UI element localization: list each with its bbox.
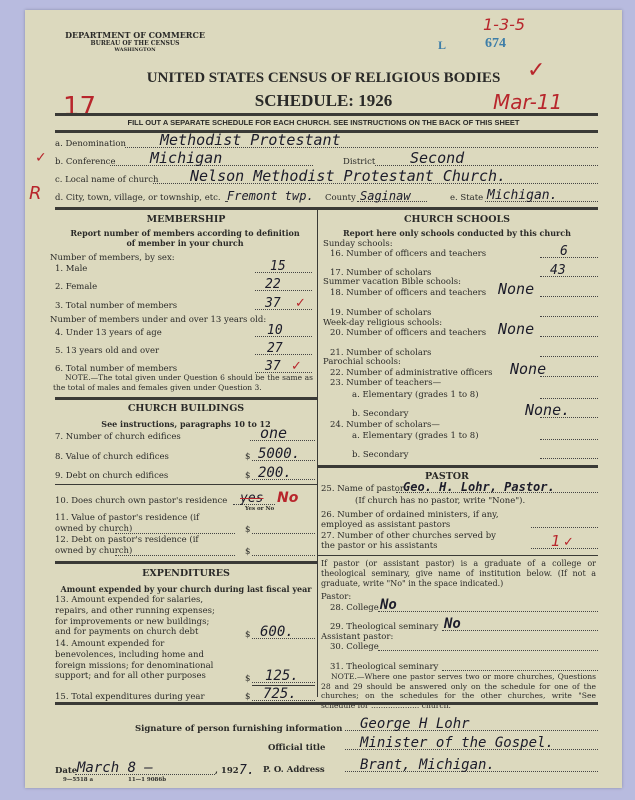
department-label: DEPARTMENT OF COMMERCE (60, 30, 210, 40)
instruction-line: FILL OUT A SEPARATE SCHEDULE FOR EACH CH… (25, 118, 622, 127)
q12-debt-residence[interactable]: $ (55, 545, 315, 557)
conference-value: Michigan (150, 149, 222, 167)
membership-title: MEMBERSHIP (55, 214, 317, 225)
official-title-label: Official title (268, 743, 325, 753)
q7-church-edifices[interactable]: 7. Number of church edifices one (55, 430, 315, 442)
conference-field[interactable]: b. Conference Michigan District Second (55, 151, 598, 167)
membership-subtitle: Report number of members according to de… (65, 228, 305, 248)
census-schedule-page: DEPARTMENT OF COMMERCE BUREAU OF THE CEN… (25, 10, 622, 788)
q1-male[interactable]: 1. Male 15 (55, 262, 312, 274)
schedule-title: SCHEDULE: 1926 (25, 91, 622, 111)
q14-benevolences[interactable]: $ 125. (55, 672, 315, 684)
print-code: 11—1 9086b (128, 777, 166, 783)
q22-parochial-admin[interactable]: 22. Number of administrative officers No… (330, 366, 598, 378)
q23b-secondary-teachers[interactable]: b. Secondary None. (330, 407, 598, 419)
membership-note: NOTE.—The total given under Question 6 s… (53, 373, 313, 393)
q23a-elementary-teachers[interactable]: a. Elementary (grades 1 to 8) (330, 388, 598, 400)
q4-under-13[interactable]: 4. Under 13 years of age 10 (55, 326, 312, 338)
q16-sunday-officers[interactable]: 16. Number of officers and teachers 6 (330, 247, 598, 259)
local-name-field[interactable]: c. Local name of church Nelson Methodist… (55, 169, 605, 185)
expenditures-subtitle: Amount expended by your church during la… (55, 584, 317, 594)
district-value: Second (410, 149, 464, 167)
q11-value-residence[interactable]: $ (55, 523, 315, 535)
official-title-field[interactable]: Minister of the Gospel. (345, 735, 598, 751)
form-number: 9—5518 a (63, 777, 93, 783)
q25-hint: (If church has no pastor, write "None"). (355, 496, 525, 506)
q15-total-expenditures[interactable]: 15. Total expenditures during year $ 725… (55, 690, 315, 702)
buildings-title: CHURCH BUILDINGS (55, 403, 317, 414)
q20-weekday-officers[interactable]: 20. Number of officers and teachers None (330, 326, 598, 338)
stamp-number: 674 (485, 36, 506, 52)
yes-no-hint: Yes or No (245, 506, 274, 512)
q24a-elementary-scholars[interactable]: a. Elementary (grades 1 to 8) (330, 429, 598, 441)
city-value: Fremont twp. (227, 189, 314, 203)
q31-assistant-seminary[interactable]: 31. Theological seminary (330, 660, 598, 672)
graduate-note: If pastor (or assistant pastor) is a gra… (321, 559, 596, 589)
check-mark-icon: ✓ (563, 535, 574, 550)
stamp-mark: L (438, 38, 446, 53)
q26-assistant-pastors[interactable] (321, 517, 598, 529)
q28-college[interactable]: 28. College No (330, 601, 598, 613)
state-value: Michigan. (487, 188, 557, 203)
address-value: Brant, Michigan. (360, 757, 495, 773)
bureau-label: BUREAU OF THE CENSUS (60, 40, 210, 47)
address-label: P. O. Address (263, 765, 325, 775)
schools-title: CHURCH SCHOOLS (317, 214, 597, 225)
q8-value-edifices[interactable]: 8. Value of church edifices $ 5000. (55, 450, 315, 462)
denomination-field[interactable]: a. Denomination Methodist Protestant (55, 133, 598, 149)
q29-seminary[interactable]: 29. Theological seminary No (330, 620, 598, 632)
location-field[interactable]: d. City, town, village, or township, etc… (55, 187, 605, 203)
margin-check-icon: ✓ (35, 150, 47, 166)
city-label: WASHINGTON (60, 47, 210, 53)
expenditures-title: EXPENDITURES (55, 568, 317, 579)
q24b-secondary-scholars[interactable]: b. Secondary (330, 448, 598, 460)
margin-r-mark: R (29, 183, 42, 204)
county-value: Saginaw (360, 189, 411, 203)
q18-summer-officers[interactable]: 18. Number of officers and teachers None (330, 286, 598, 298)
date-value: March 8 — (77, 760, 153, 776)
signature-value: George H Lohr (360, 716, 470, 732)
signature-field[interactable]: George H Lohr (345, 716, 598, 732)
q9-debt-edifices[interactable]: 9. Debt on church edifices $ 200. (55, 469, 315, 481)
q23-label: 23. Number of teachers— (330, 378, 441, 388)
q5-13-and-over[interactable]: 5. 13 years old and over 27 (55, 344, 312, 356)
form-title: UNITED STATES CENSUS OF RELIGIOUS BODIES (25, 70, 622, 87)
check-mark-icon: ✓ (291, 359, 302, 374)
q30-assistant-college[interactable]: 30. College (330, 640, 598, 652)
department-block: DEPARTMENT OF COMMERCE BUREAU OF THE CEN… (60, 30, 210, 53)
annotation-code: 1-3-5 (483, 15, 525, 34)
q10-owns-residence[interactable]: 10. Does church own pastor's residence y… (55, 494, 315, 506)
age-label: Number of members under and over 13 year… (50, 315, 266, 325)
q27-other-churches[interactable]: 1 ✓ (321, 538, 598, 550)
official-title-value: Minister of the Gospel. (360, 735, 554, 751)
address-field[interactable]: Brant, Michigan. (345, 757, 598, 773)
local-name-value: Nelson Methodist Protestant Church. (190, 167, 506, 185)
check-mark-icon: ✓ (295, 296, 306, 311)
q19-summer-scholars[interactable]: 19. Number of scholars (330, 306, 598, 318)
schools-subtitle: Report here only schools conducted by th… (321, 228, 593, 238)
q2-female[interactable]: 2. Female 22 (55, 280, 312, 292)
q3-total-members[interactable]: 3. Total number of members 37 ✓ (55, 299, 312, 311)
date-field[interactable]: Date March 8 — , 192 7. (55, 760, 255, 776)
signature-label: Signature of person furnishing informati… (135, 724, 342, 734)
year-digit: 7. (239, 763, 255, 778)
denomination-value: Methodist Protestant (160, 131, 341, 149)
q25-pastor-name[interactable]: 25. Name of pastor Geo. H. Lohr, Pastor. (321, 482, 598, 494)
